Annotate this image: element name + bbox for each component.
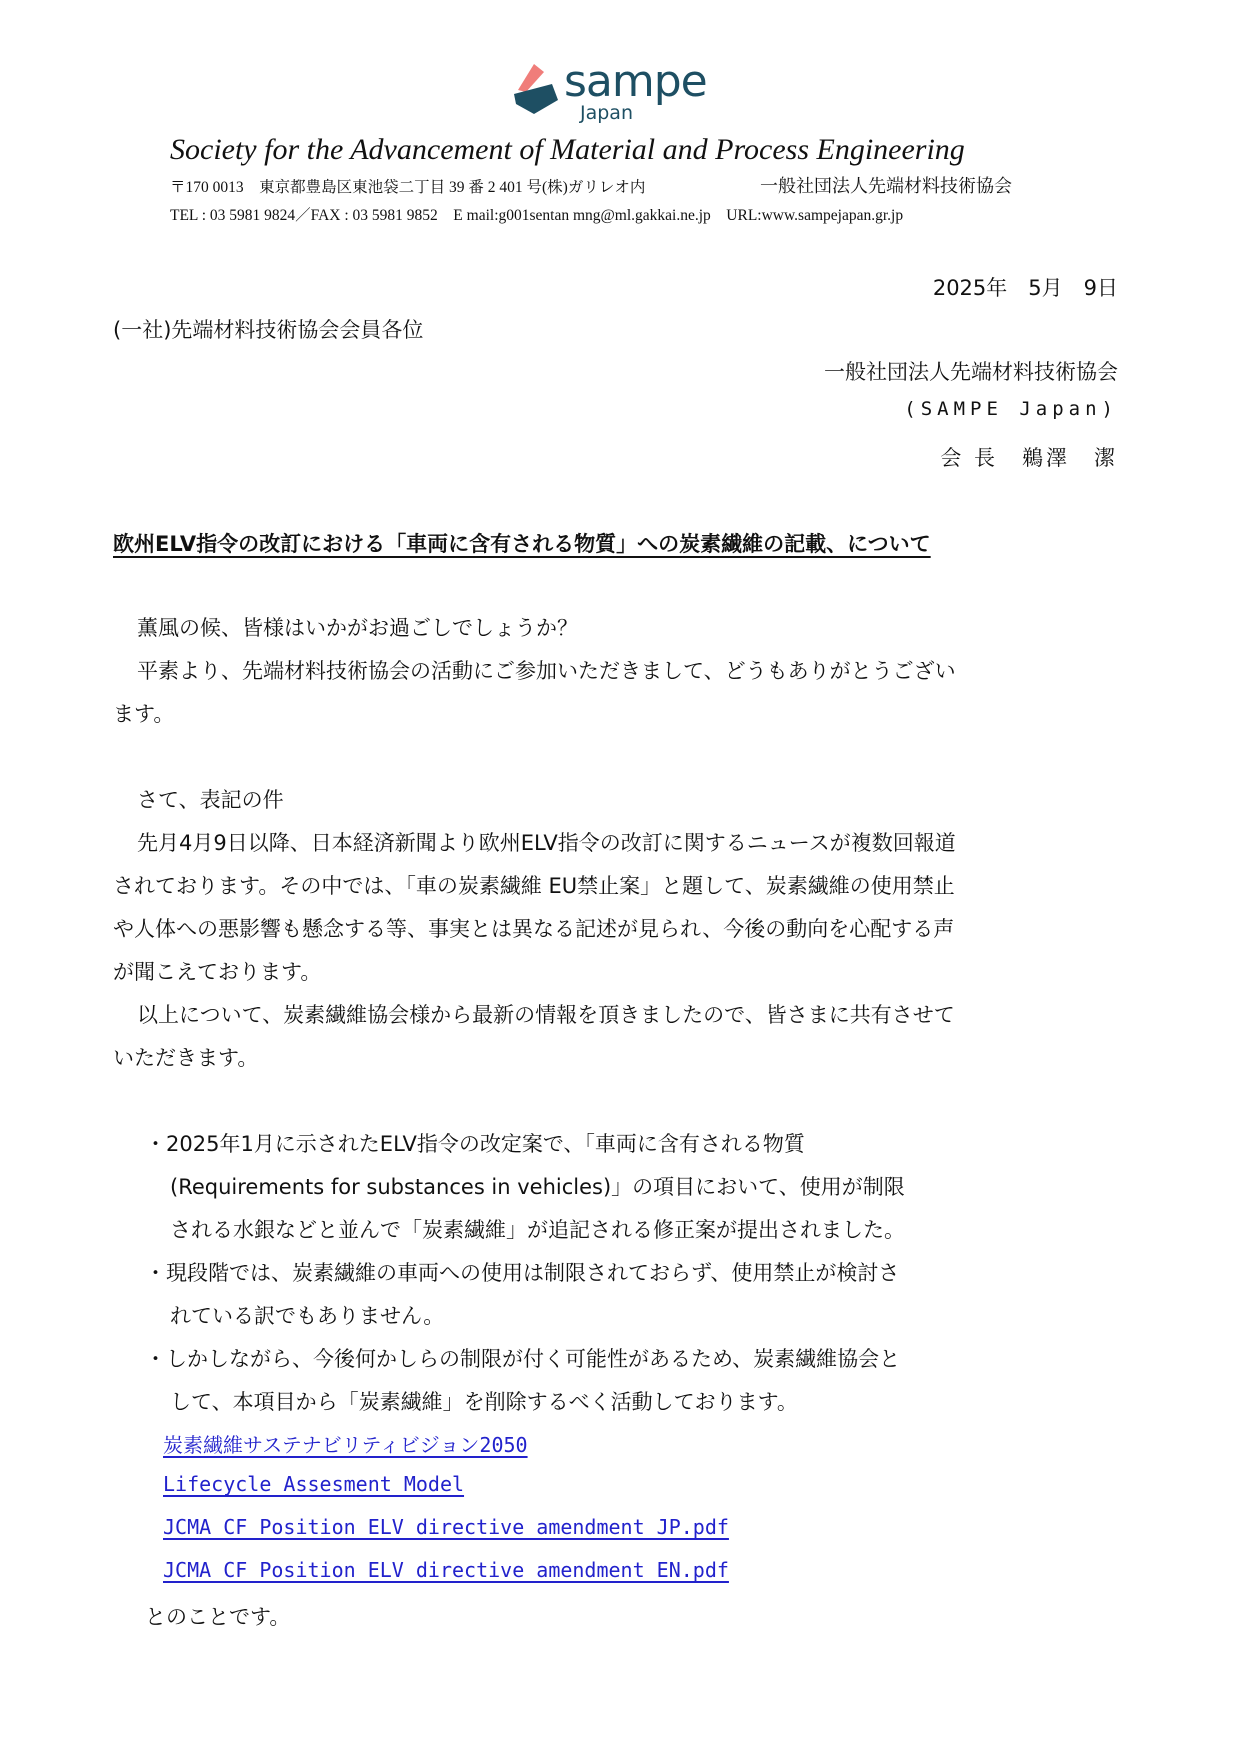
bullet-1-line-3: される水銀などと並んで「炭素繊維」が追記される修正案が提出されました。	[170, 1214, 905, 1244]
sampe-logo-mark-icon	[512, 62, 562, 116]
bullet-3-line-1: ・しかしながら、今後何かしらの制限が付く可能性があるため、炭素繊維協会と	[145, 1343, 900, 1373]
bullet-1-line-1: ・2025年1月に示されたELV指令の改定案で、「車両に含有される物質	[145, 1128, 805, 1158]
body-intro: さて、表記の件	[137, 784, 284, 814]
closing-line: とのことです。	[145, 1601, 290, 1631]
society-name: Society for the Advancement of Material …	[170, 133, 965, 167]
link-lifecycle-assessment-model[interactable]: Lifecycle Assesment Model	[163, 1472, 464, 1496]
org-name-jp: 一般社団法人先端材料技術協会	[760, 172, 1012, 198]
logo-wordmark: sampe	[564, 56, 707, 107]
letter-date: 2025年 5月 9日	[933, 272, 1118, 302]
link-position-pdf-en[interactable]: JCMA_CF_Position_ELV_directive_amendment…	[163, 1558, 729, 1582]
link-position-pdf-jp[interactable]: JCMA_CF_Position_ELV_directive_amendment…	[163, 1515, 729, 1539]
recipient: (一社)先端材料技術協会会員各位	[113, 314, 423, 344]
bullet-2-line-2: れている訳でもありません。	[170, 1300, 444, 1330]
link-cf-sustainability-vision[interactable]: 炭素繊維サステナビリティビジョン2050	[163, 1429, 528, 1458]
greeting-line-3: ます。	[113, 698, 174, 728]
sender-name: 会 長 鵜澤 潔	[940, 442, 1118, 472]
sampe-logo: sampe Japan	[512, 62, 712, 132]
body-p2-line-2: いただきます。	[113, 1042, 258, 1072]
greeting-line-2: 平素より、先端材料技術協会の活動にご参加いただきまして、どうもありがとうござい	[137, 655, 956, 685]
logo-subtitle: Japan	[580, 102, 633, 124]
bullet-2-line-1: ・現段階では、炭素繊維の車両への使用は制限されておらず、使用禁止が検討さ	[145, 1257, 899, 1287]
sender-org-en: (SAMPE Japan)	[904, 398, 1118, 420]
body-p1-line-2: されております。その中では、「車の炭素繊維 EU禁止案」と題して、炭素繊維の使用…	[113, 870, 955, 900]
sender-org: 一般社団法人先端材料技術協会	[824, 356, 1118, 386]
body-p1-line-4: が聞こえております。	[113, 956, 321, 986]
body-p2-line-1: 以上について、炭素繊維協会様から最新の情報を頂きましたので、皆さまに共有させて	[137, 999, 955, 1029]
body-p1-line-1: 先月4月9日以降、日本経済新聞より欧州ELV指令の改訂に関するニュースが複数回報…	[137, 827, 956, 857]
address: 〒170 0013 東京都豊島区東池袋二丁目 39 番 2 401 号(株)ガリ…	[170, 175, 645, 197]
contact-info: TEL : 03 5981 9824／FAX : 03 5981 9852 E …	[170, 203, 903, 225]
bullet-3-line-2: して、本項目から「炭素繊維」を削除するべく活動しております。	[170, 1386, 798, 1416]
bullet-1-line-2: (Requirements for substances in vehicles…	[170, 1171, 905, 1201]
greeting-line-1: 薫風の候、皆様はいかがお過ごしでしょうか？	[137, 612, 578, 642]
subject-title: 欧州ELV指令の改訂における「車両に含有される物質」への炭素繊維の記載、について	[113, 528, 931, 558]
body-p1-line-3: や人体への悪影響も懸念する等、事実とは異なる記述が見られ、今後の動向を心配する声	[113, 913, 954, 943]
